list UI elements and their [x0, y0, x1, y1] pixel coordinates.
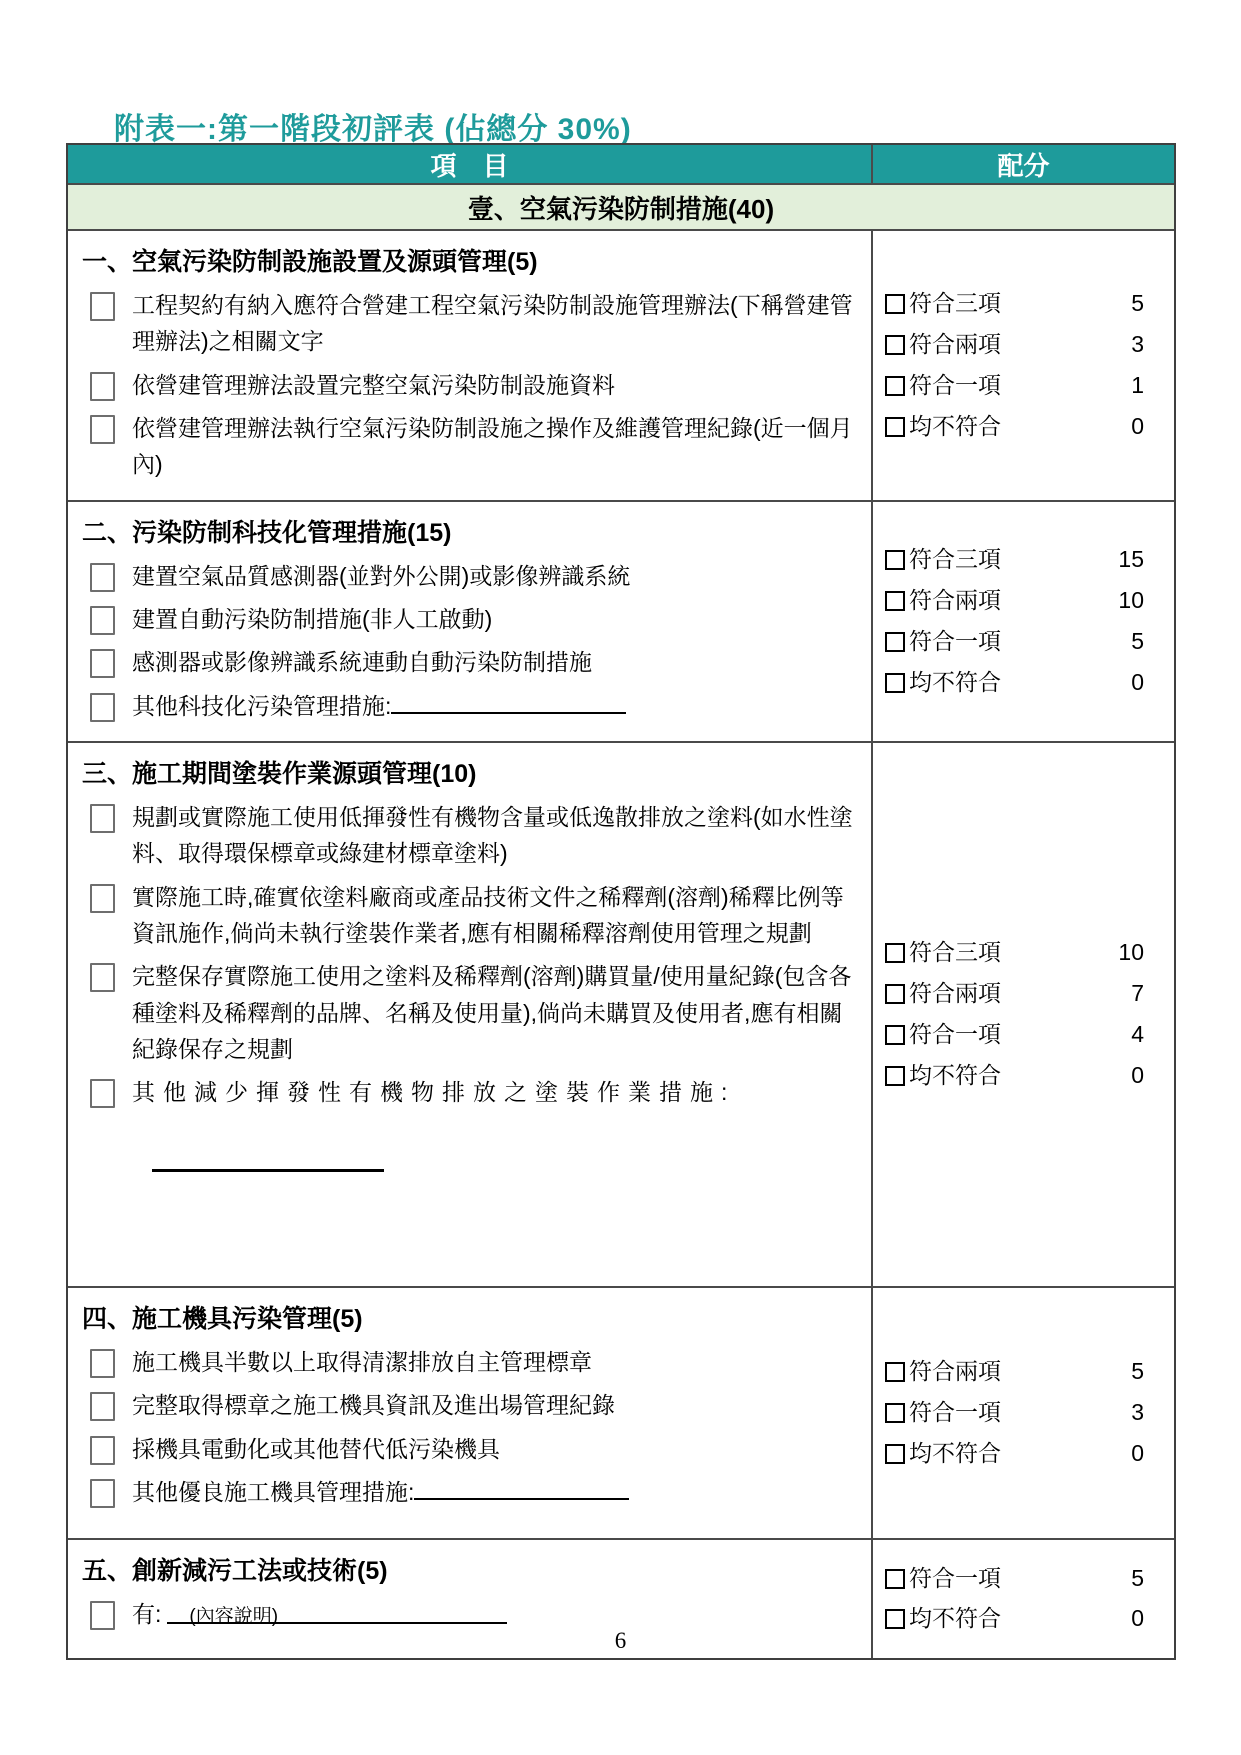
document-page: 附表一:第一階段初評表 (佔總分 30%) 項 目 配分 壹、空氣污染防制措施(…	[0, 0, 1241, 1755]
option-label: 符合一項	[909, 1564, 1131, 1594]
checkbox[interactable]	[90, 415, 115, 444]
checkbox[interactable]	[885, 984, 905, 1004]
checklist-item-label: 其他優良施工機具管理措施:	[132, 1474, 857, 1510]
option-label: 均不符合	[909, 1439, 1131, 1469]
score-option: 符合一項 1	[885, 371, 1144, 401]
checklist-item-label: 工程契約有納入應符合營建工程空氣污染防制設施管理辦法(下稱營建管理辦法)之相關文…	[132, 287, 857, 360]
evaluation-table: 項 目 配分 壹、空氣污染防制措施(40) 一、空氣污染防制設施設置及源頭管理(…	[66, 143, 1176, 1660]
section-heading: 一、空氣污染防制設施設置及源頭管理(5)	[82, 245, 857, 280]
page-number: 6	[0, 1628, 1241, 1654]
checkbox[interactable]	[885, 1569, 905, 1589]
checklist-item: 其他科技化污染管理措施:	[80, 688, 857, 724]
option-label: 符合一項	[909, 1020, 1131, 1050]
section-1-scores: 符合三項 5 符合兩項 3 符合一項 1 均不	[873, 231, 1174, 500]
option-label: 符合三項	[909, 938, 1118, 968]
checkbox[interactable]	[90, 693, 115, 722]
score-option: 符合一項 5	[885, 1564, 1144, 1594]
option-label: 符合三項	[909, 545, 1118, 575]
section-2-scores: 符合三項 15 符合兩項 10 符合一項 5	[873, 502, 1174, 741]
option-score: 0	[1131, 412, 1144, 442]
checkbox[interactable]	[885, 294, 905, 314]
checkbox[interactable]	[90, 1601, 115, 1630]
score-option: 符合三項 15	[885, 545, 1144, 575]
section-4-items: 四、施工機具污染管理(5) 施工機具半數以上取得清潔排放自主管理標章 完整取得標…	[68, 1288, 873, 1538]
checkbox[interactable]	[885, 417, 905, 437]
option-score: 5	[1131, 1564, 1144, 1594]
section-heading: 五、創新減污工法或技術(5)	[82, 1554, 857, 1589]
option-label: 均不符合	[909, 1061, 1131, 1091]
option-score: 5	[1131, 1357, 1144, 1387]
checklist-item: 依營建管理辦法設置完整空氣污染防制設施資料	[80, 367, 857, 403]
checklist-item-text: 其他科技化污染管理措施:	[132, 693, 391, 719]
checklist-item-label: 建置空氣品質感測器(並對外公開)或影像辨識系統	[132, 558, 857, 594]
checklist-item: 其他優良施工機具管理措施:	[80, 1474, 857, 1510]
option-score: 15	[1118, 545, 1144, 575]
fill-in-blank[interactable]	[414, 1476, 629, 1500]
checkbox[interactable]	[885, 1403, 905, 1423]
checklist-item: 實際施工時,確實依塗料廠商或產品技術文件之稀釋劑(溶劑)稀釋比例等資訊施作,倘尚…	[80, 879, 857, 952]
checklist-item-label: 規劃或實際施工使用低揮發性有機物含量或低逸散排放之塗料(如水性塗料、取得環保標章…	[132, 799, 857, 872]
score-option: 均不符合 0	[885, 1061, 1144, 1091]
option-score: 0	[1131, 1061, 1144, 1091]
checklist-item: 規劃或實際施工使用低揮發性有機物含量或低逸散排放之塗料(如水性塗料、取得環保標章…	[80, 799, 857, 872]
checklist-item: 其他減少揮發性有機物排放之塗裝作業措施:	[80, 1074, 857, 1177]
checklist-item-label: 建置自動污染防制措施(非人工啟動)	[132, 601, 857, 637]
option-score: 4	[1131, 1020, 1144, 1050]
score-option: 符合一項 3	[885, 1398, 1144, 1428]
table-row: 一、空氣污染防制設施設置及源頭管理(5) 工程契約有納入應符合營建工程空氣污染防…	[68, 229, 1174, 500]
option-score: 0	[1131, 1439, 1144, 1469]
section-heading: 三、施工期間塗裝作業源頭管理(10)	[82, 757, 857, 792]
checklist-item-label: 施工機具半數以上取得清潔排放自主管理標章	[132, 1344, 857, 1380]
checkbox[interactable]	[885, 673, 905, 693]
category-banner-row: 壹、空氣污染防制措施(40)	[68, 183, 1174, 229]
page-title: 附表一:第一階段初評表 (佔總分 30%)	[114, 104, 632, 148]
checkbox[interactable]	[885, 943, 905, 963]
fill-in-blank[interactable]	[152, 1149, 384, 1172]
fill-in-blank[interactable]: (內容說明)	[167, 1596, 507, 1624]
section-1-items: 一、空氣污染防制設施設置及源頭管理(5) 工程契約有納入應符合營建工程空氣污染防…	[68, 231, 873, 500]
checklist-item: 施工機具半數以上取得清潔排放自主管理標章	[80, 1344, 857, 1380]
checkbox[interactable]	[885, 376, 905, 396]
category-banner-label: 壹、空氣污染防制措施(40)	[468, 189, 774, 226]
checkbox[interactable]	[90, 606, 115, 635]
fill-in-blank[interactable]	[391, 690, 626, 714]
table-row: 四、施工機具污染管理(5) 施工機具半數以上取得清潔排放自主管理標章 完整取得標…	[68, 1286, 1174, 1538]
checklist-item-label: 依營建管理辦法設置完整空氣污染防制設施資料	[132, 367, 857, 403]
option-label: 符合三項	[909, 289, 1131, 319]
checkbox[interactable]	[90, 292, 115, 321]
score-option: 符合兩項 10	[885, 586, 1144, 616]
checklist-item: 完整保存實際施工使用之塗料及稀釋劑(溶劑)購買量/使用量紀錄(包含各種塗料及稀釋…	[80, 958, 857, 1067]
checklist-item: 依營建管理辦法執行空氣污染防制設施之操作及維護管理紀錄(近一個月內)	[80, 410, 857, 483]
option-score: 0	[1131, 668, 1144, 698]
checklist-item-text: 其他優良施工機具管理措施:	[132, 1479, 414, 1505]
option-label: 符合一項	[909, 1398, 1131, 1428]
checkbox[interactable]	[885, 591, 905, 611]
score-option: 符合兩項 7	[885, 979, 1144, 1009]
option-score: 10	[1118, 586, 1144, 616]
score-option: 均不符合 0	[885, 412, 1144, 442]
checklist-item-label: 完整取得標章之施工機具資訊及進出場管理紀錄	[132, 1387, 857, 1423]
checkbox[interactable]	[90, 963, 115, 992]
option-score: 3	[1131, 330, 1144, 360]
column-header-item: 項 目	[68, 145, 873, 183]
checklist-item: 感測器或影像辨識系統連動自動污染防制措施	[80, 644, 857, 680]
checklist-item: 有:(內容說明)	[80, 1596, 857, 1632]
score-option: 符合一項 4	[885, 1020, 1144, 1050]
checklist-item: 建置自動污染防制措施(非人工啟動)	[80, 601, 857, 637]
checklist-item: 工程契約有納入應符合營建工程空氣污染防制設施管理辦法(下稱營建管理辦法)之相關文…	[80, 287, 857, 360]
checkbox[interactable]	[90, 649, 115, 678]
checkbox[interactable]	[885, 1066, 905, 1086]
checkbox[interactable]	[885, 1609, 905, 1629]
option-score: 1	[1131, 371, 1144, 401]
score-option: 符合一項 5	[885, 627, 1144, 657]
checklist-item-label: 完整保存實際施工使用之塗料及稀釋劑(溶劑)購買量/使用量紀錄(包含各種塗料及稀釋…	[132, 958, 857, 1067]
checkbox[interactable]	[885, 335, 905, 355]
option-label: 符合一項	[909, 371, 1131, 401]
checkbox[interactable]	[885, 1025, 905, 1045]
blank-hint-label: (內容說明)	[167, 1607, 278, 1628]
option-score: 10	[1118, 938, 1144, 968]
checkbox[interactable]	[90, 372, 115, 401]
checklist-item-label: 其他科技化污染管理措施:	[132, 688, 857, 724]
option-label: 均不符合	[909, 668, 1131, 698]
option-score: 7	[1131, 979, 1144, 1009]
checkbox[interactable]	[885, 1362, 905, 1382]
checkbox[interactable]	[90, 1436, 115, 1465]
checklist-item-label: 採機具電動化或其他替代低污染機具	[132, 1431, 857, 1467]
option-label: 符合兩項	[909, 586, 1118, 616]
checkbox[interactable]	[885, 632, 905, 652]
checklist-item-label: 有:(內容說明)	[132, 1596, 857, 1632]
checkbox[interactable]	[885, 1444, 905, 1464]
score-option: 均不符合 0	[885, 1439, 1144, 1469]
checklist-item: 採機具電動化或其他替代低污染機具	[80, 1431, 857, 1467]
table-row: 二、污染防制科技化管理措施(15) 建置空氣品質感測器(並對外公開)或影像辨識系…	[68, 500, 1174, 741]
checkbox[interactable]	[90, 804, 115, 833]
column-header-score: 配分	[873, 145, 1174, 183]
checkbox[interactable]	[885, 550, 905, 570]
table-header-row: 項 目 配分	[68, 145, 1174, 183]
checkbox[interactable]	[90, 1079, 115, 1108]
table-row: 三、施工期間塗裝作業源頭管理(10) 規劃或實際施工使用低揮發性有機物含量或低逸…	[68, 741, 1174, 1286]
section-3-scores: 符合三項 10 符合兩項 7 符合一項 4 均	[873, 743, 1174, 1286]
section-heading: 二、污染防制科技化管理措施(15)	[82, 516, 857, 551]
section-2-items: 二、污染防制科技化管理措施(15) 建置空氣品質感測器(並對外公開)或影像辨識系…	[68, 502, 873, 741]
score-option: 符合三項 10	[885, 938, 1144, 968]
section-heading: 四、施工機具污染管理(5)	[82, 1302, 857, 1337]
checkbox[interactable]	[90, 1392, 115, 1421]
option-score: 5	[1131, 627, 1144, 657]
option-label: 符合兩項	[909, 1357, 1131, 1387]
section-4-scores: 符合兩項 5 符合一項 3 均不符合 0	[873, 1288, 1174, 1538]
score-option: 符合兩項 3	[885, 330, 1144, 360]
checklist-item-text: 有:	[132, 1601, 161, 1627]
option-score: 5	[1131, 289, 1144, 319]
checklist-item-label: 感測器或影像辨識系統連動自動污染防制措施	[132, 644, 857, 680]
checklist-item-label: 其他減少揮發性有機物排放之塗裝作業措施:	[132, 1074, 857, 1177]
score-option: 符合三項 5	[885, 289, 1144, 319]
option-label: 符合兩項	[909, 979, 1131, 1009]
checklist-item-text: 其他減少揮發性有機物排放之塗裝作業措施:	[132, 1079, 735, 1105]
checkbox[interactable]	[90, 1479, 115, 1508]
checklist-item: 完整取得標章之施工機具資訊及進出場管理紀錄	[80, 1387, 857, 1423]
option-label: 符合一項	[909, 627, 1131, 657]
checkbox[interactable]	[90, 884, 115, 913]
option-label: 符合兩項	[909, 330, 1131, 360]
section-3-items: 三、施工期間塗裝作業源頭管理(10) 規劃或實際施工使用低揮發性有機物含量或低逸…	[68, 743, 873, 1286]
checklist-item-label: 實際施工時,確實依塗料廠商或產品技術文件之稀釋劑(溶劑)稀釋比例等資訊施作,倘尚…	[132, 879, 857, 952]
score-option: 均不符合 0	[885, 668, 1144, 698]
option-label: 均不符合	[909, 412, 1131, 442]
checkbox[interactable]	[90, 1349, 115, 1378]
score-option: 符合兩項 5	[885, 1357, 1144, 1387]
checklist-item-label: 依營建管理辦法執行空氣污染防制設施之操作及維護管理紀錄(近一個月內)	[132, 410, 857, 483]
option-score: 3	[1131, 1398, 1144, 1428]
checkbox[interactable]	[90, 563, 115, 592]
checklist-item: 建置空氣品質感測器(並對外公開)或影像辨識系統	[80, 558, 857, 594]
